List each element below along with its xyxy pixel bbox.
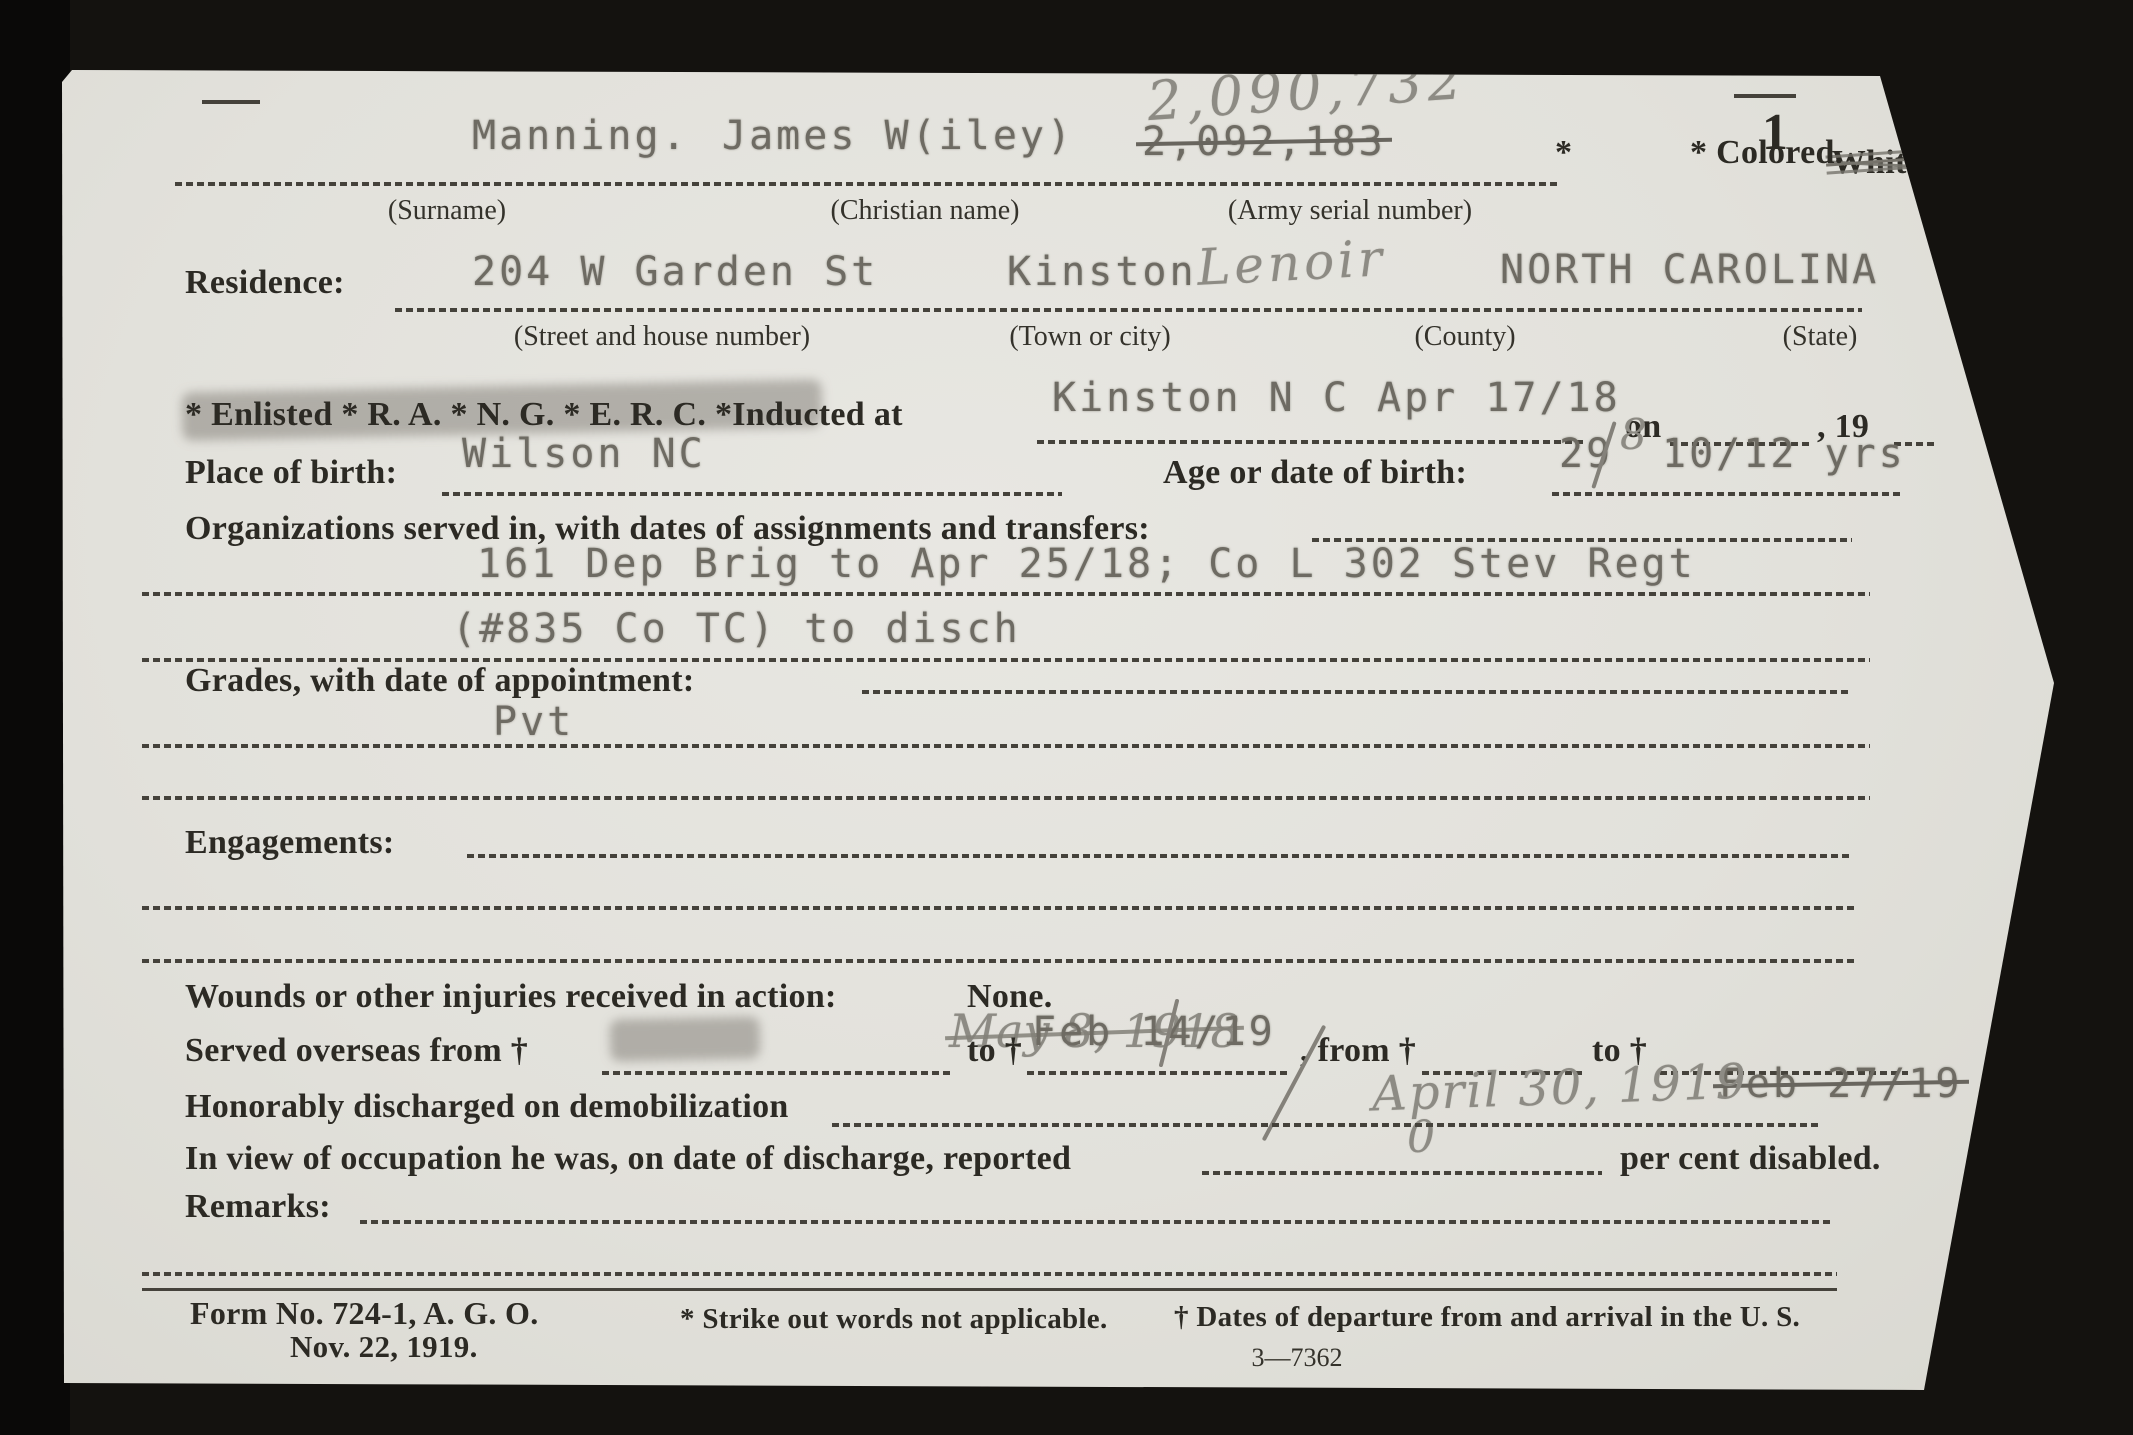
- residence-label: Residence:: [185, 264, 345, 301]
- serial-struck-value: 2,092,183: [1142, 119, 1386, 165]
- overseas-from-smudge: [610, 1016, 761, 1061]
- discharge-struck-date: Feb 27/19: [1719, 1061, 1963, 1107]
- disability-suffix-label: per cent disabled.: [1620, 1140, 1881, 1177]
- remarks-dotted-line: [360, 1220, 1832, 1224]
- street-caption: (Street and house number): [514, 322, 810, 353]
- name-dotted-line: [175, 182, 1559, 186]
- overseas-to-rule: [1027, 1071, 1287, 1075]
- print-code: 3—7362: [1252, 1344, 1343, 1373]
- grade-value: Pvt: [493, 702, 574, 742]
- grades-line2-rule: [142, 796, 1870, 800]
- scanner-background: 2,090,732 1 Manning. James W(iley) 2,092…: [0, 0, 2133, 1435]
- overseas-from-label: Served overseas from †: [185, 1032, 528, 1069]
- overseas-to-date: Feb 14/19: [1032, 1012, 1276, 1052]
- state-value: NORTH CAROLINA: [1500, 250, 1879, 290]
- inducted-at-value: Kinston N C Apr 17/18: [1052, 378, 1621, 418]
- discharge-dotted-line: [832, 1123, 1822, 1127]
- army-serial-caption: (Army serial number): [1228, 196, 1472, 227]
- engagements-line2-rule: [142, 959, 1854, 963]
- colored-option: * Colored.: [1690, 134, 1843, 171]
- surname-value: Manning.: [472, 116, 689, 156]
- army-serial-handwritten: 2,090,732: [1146, 53, 1469, 129]
- engagements-label: Engagements:: [185, 824, 394, 861]
- organizations-line2-value: (#835 Co TC) to disch: [452, 609, 1021, 649]
- footer-separator-line: [142, 1288, 1837, 1291]
- enlistment-label: * Enlisted * R. A. * N. G. * E. R. C. *I…: [185, 396, 903, 433]
- form-number: Form No. 724-1, A. G. O.: [190, 1296, 539, 1331]
- top-right-dash: [1734, 94, 1796, 98]
- age-label: Age or date of birth:: [1163, 454, 1467, 491]
- remarks-label: Remarks:: [185, 1188, 331, 1225]
- dagger-note: † Dates of departure from and arrival in…: [1174, 1302, 1800, 1334]
- place-of-birth-label: Place of birth:: [185, 454, 397, 491]
- county-value-handwritten: Lenoir: [1196, 233, 1387, 293]
- organizations-line1-rule: [142, 592, 1870, 596]
- age-suffix-value: 10/12 yrs: [1662, 434, 1906, 474]
- street-value: 204 W Garden St: [472, 252, 878, 292]
- grades-label: Grades, with date of appointment:: [185, 662, 695, 699]
- discharge-label: Honorably discharged on demobilization: [185, 1088, 789, 1125]
- white-option-struck: White: [1832, 144, 1922, 181]
- engagements-dotted-line: [467, 854, 1852, 858]
- organizations-line1-value: 161 Dep Brig to Apr 25/18; Co L 302 Stev…: [477, 544, 1696, 584]
- county-caption: (County): [1414, 322, 1515, 353]
- surname-caption: (Surname): [388, 196, 506, 227]
- age-overwrite-handwritten: 8: [1620, 414, 1647, 456]
- overseas-from-rule: [602, 1071, 952, 1075]
- birth-dotted-line: [442, 492, 1062, 496]
- top-left-dash: [202, 100, 260, 104]
- age-dotted-line: [1552, 492, 1902, 496]
- grades-line1-rule: [142, 744, 1870, 748]
- strike-out-note: * Strike out words not applicable.: [680, 1304, 1108, 1336]
- white-star: *: [1555, 134, 1572, 171]
- christian-name-caption: (Christian name): [831, 196, 1020, 227]
- town-caption: (Town or city): [1009, 322, 1170, 353]
- town-value: Kinston: [1007, 252, 1197, 292]
- wounds-label: Wounds or other injuries received in act…: [185, 978, 837, 1015]
- place-of-birth-value: Wilson NC: [462, 434, 706, 474]
- discharge-date-handwritten: April 30, 1919: [1371, 1057, 1748, 1118]
- christian-name-value: James W(iley): [722, 116, 1074, 156]
- disability-dotted-line: [1202, 1171, 1602, 1175]
- engagements-line1-rule: [142, 906, 1854, 910]
- overseas-to-label: to †: [967, 1032, 1022, 1069]
- state-caption: (State): [1783, 322, 1858, 353]
- inducted-dotted-line: [1037, 440, 1587, 444]
- service-record-card: 2,090,732 1 Manning. James W(iley) 2,092…: [62, 68, 2054, 1390]
- form-date: Nov. 22, 1919.: [290, 1330, 478, 1364]
- remarks-line2-rule: [142, 1272, 1837, 1276]
- residence-dotted-line: [395, 308, 1862, 312]
- grades-dotted-line: [862, 690, 1852, 694]
- disability-label: In view of occupation he was, on date of…: [185, 1140, 1071, 1177]
